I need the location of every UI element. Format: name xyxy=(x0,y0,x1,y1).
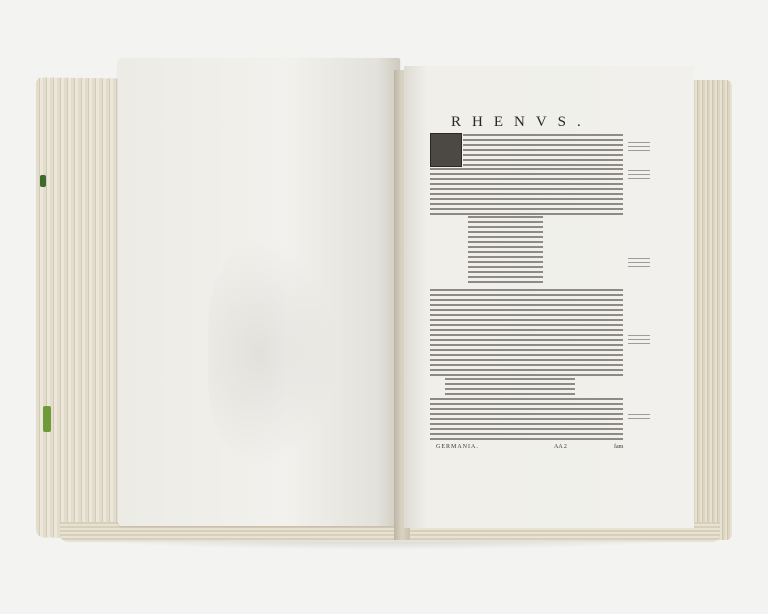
body-text-paragraph-2 xyxy=(430,289,623,377)
catchword: fam xyxy=(614,444,623,450)
left-page xyxy=(118,58,400,526)
show-through-map xyxy=(208,238,338,468)
margin-note-4 xyxy=(628,335,650,345)
body-text-paragraph-1 xyxy=(463,134,623,168)
verse-quotation-2 xyxy=(445,378,575,398)
margin-note-2 xyxy=(628,170,650,180)
body-text-paragraph-3 xyxy=(430,398,623,442)
signature-mark: AA 2 xyxy=(554,444,567,450)
body-text-paragraph-1b xyxy=(430,168,623,216)
margin-note-1 xyxy=(628,142,650,152)
running-title: GERMANIA. xyxy=(436,444,479,450)
open-book: RHENVS. GERMANIA. AA 2 fam xyxy=(0,0,768,614)
green-tab-top xyxy=(40,175,46,187)
margin-note-3 xyxy=(628,258,650,268)
green-tab-bottom xyxy=(43,406,51,432)
page-heading: RHENVS. xyxy=(451,114,592,131)
margin-note-5 xyxy=(628,414,650,422)
verse-quotation xyxy=(468,216,543,286)
decorated-initial xyxy=(430,133,462,167)
right-page-edges xyxy=(690,80,732,540)
